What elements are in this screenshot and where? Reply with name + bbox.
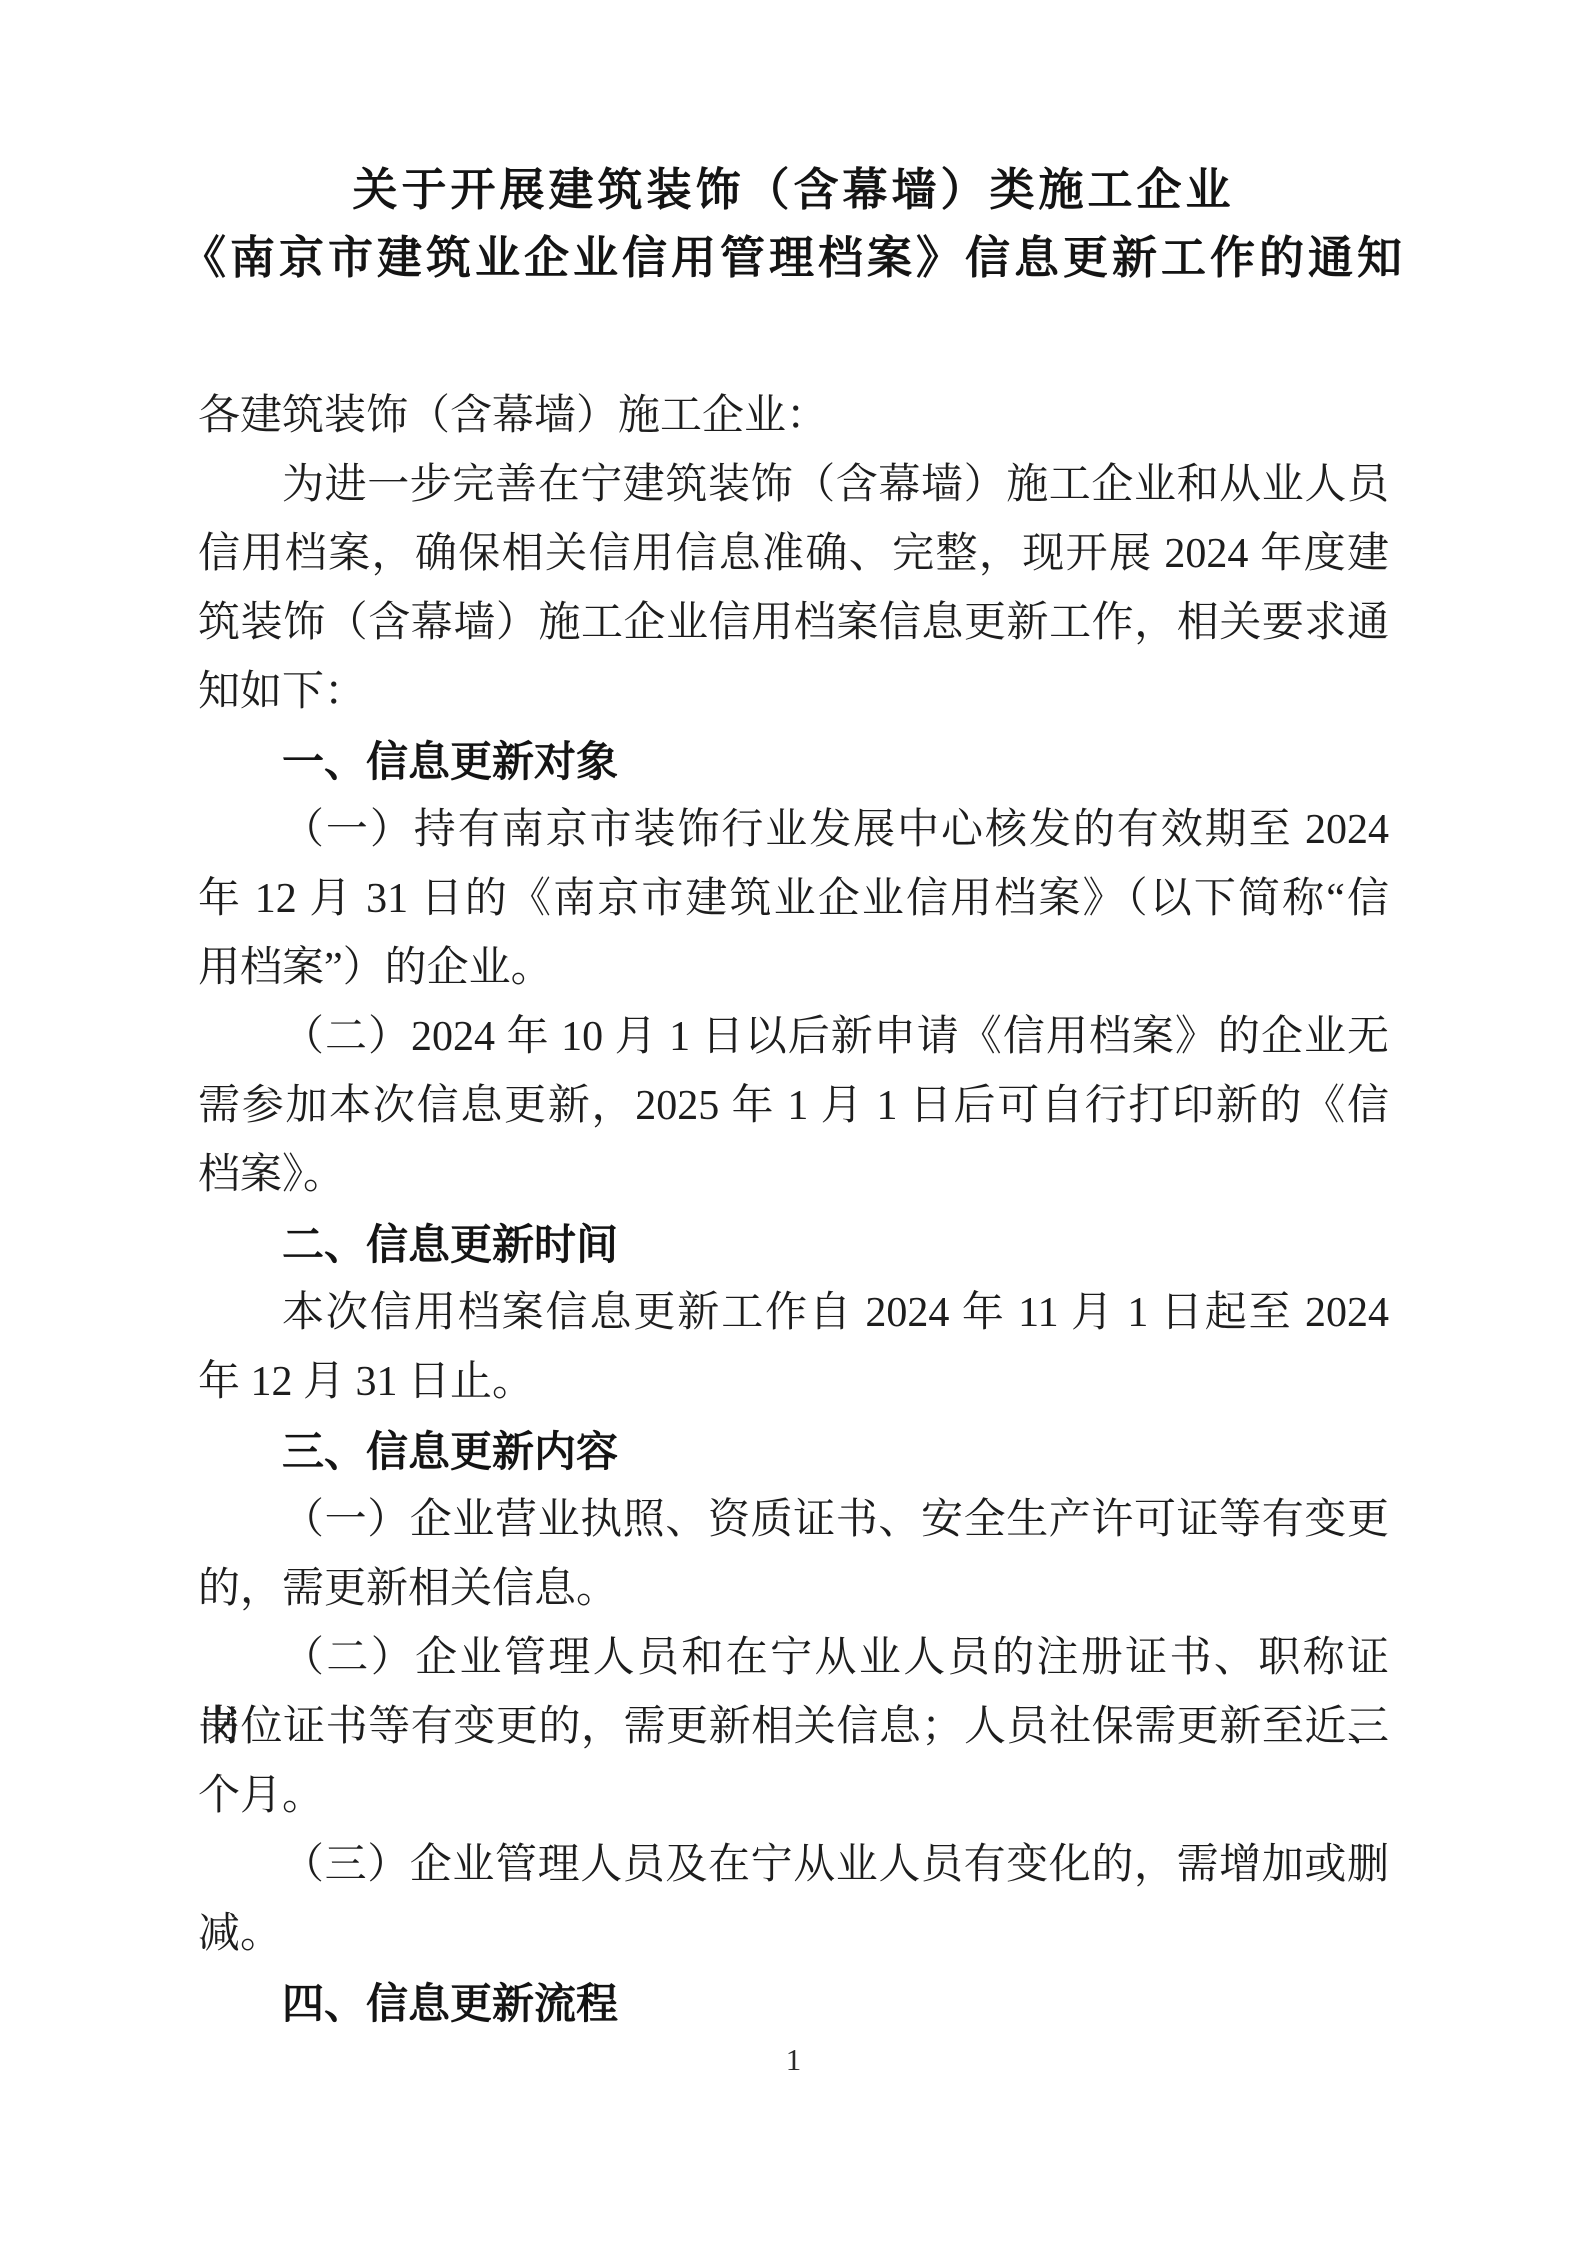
body-line: 筑装饰（含幕墙）施工企业信用档案信息更新工作，相关要求通 — [198, 589, 1389, 658]
body-line: 知如下： — [198, 658, 1389, 727]
section-heading-1: 一、信息更新对象 — [198, 727, 1389, 796]
title-line-1: 关于开展建筑装饰（含幕墙）类施工企业 — [0, 156, 1587, 224]
document-body: 各建筑装饰（含幕墙）施工企业： 为进一步完善在宁建筑装饰（含幕墙）施工企业和从业… — [198, 382, 1389, 2038]
document-page: 关于开展建筑装饰（含幕墙）类施工企业 《南京市建筑业企业信用管理档案》信息更新工… — [0, 0, 1587, 2245]
body-line: （一）企业营业执照、资质证书、安全生产许可证等有变更 — [198, 1486, 1389, 1555]
body-line: 的，需更新相关信息。 — [198, 1555, 1389, 1624]
body-line: 用档案”）的企业。 — [198, 934, 1389, 1003]
body-line: 本次信用档案信息更新工作自 2024 年 11 月 1 日起至 2024 — [198, 1279, 1389, 1348]
page-number: 1 — [0, 2040, 1587, 2080]
body-line: （三）企业管理人员及在宁从业人员有变化的，需增加或删 — [198, 1831, 1389, 1900]
salutation: 各建筑装饰（含幕墙）施工企业： — [198, 382, 1389, 451]
body-line: 年 12 月 31 日的《南京市建筑业企业信用档案》（以下简称“信 — [198, 865, 1389, 934]
body-line: （二）2024 年 10 月 1 日以后新申请《信用档案》的企业无 — [198, 1003, 1389, 1072]
body-line: 需参加本次信息更新，2025 年 1 月 1 日后可自行打印新的《信 — [198, 1072, 1389, 1141]
body-line: 为进一步完善在宁建筑装饰（含幕墙）施工企业和从业人员 — [198, 451, 1389, 520]
body-line: 档案》。 — [198, 1141, 1389, 1210]
body-line: 岗位证书等有变更的，需更新相关信息；人员社保需更新至近三 — [198, 1693, 1389, 1762]
body-line: （二）企业管理人员和在宁从业人员的注册证书、职称证书、 — [198, 1624, 1389, 1693]
section-heading-4: 四、信息更新流程 — [198, 1969, 1389, 2038]
body-line: 年 12 月 31 日止。 — [198, 1348, 1389, 1417]
body-line: 减。 — [198, 1900, 1389, 1969]
body-line: 个月。 — [198, 1762, 1389, 1831]
section-heading-2: 二、信息更新时间 — [198, 1210, 1389, 1279]
section-heading-3: 三、信息更新内容 — [198, 1417, 1389, 1486]
title-line-2: 《南京市建筑业企业信用管理档案》信息更新工作的通知 — [0, 224, 1587, 292]
body-line: （一）持有南京市装饰行业发展中心核发的有效期至 2024 — [198, 796, 1389, 865]
body-line: 信用档案，确保相关信用信息准确、完整，现开展 2024 年度建 — [198, 520, 1389, 589]
document-title: 关于开展建筑装饰（含幕墙）类施工企业 《南京市建筑业企业信用管理档案》信息更新工… — [0, 0, 1587, 292]
